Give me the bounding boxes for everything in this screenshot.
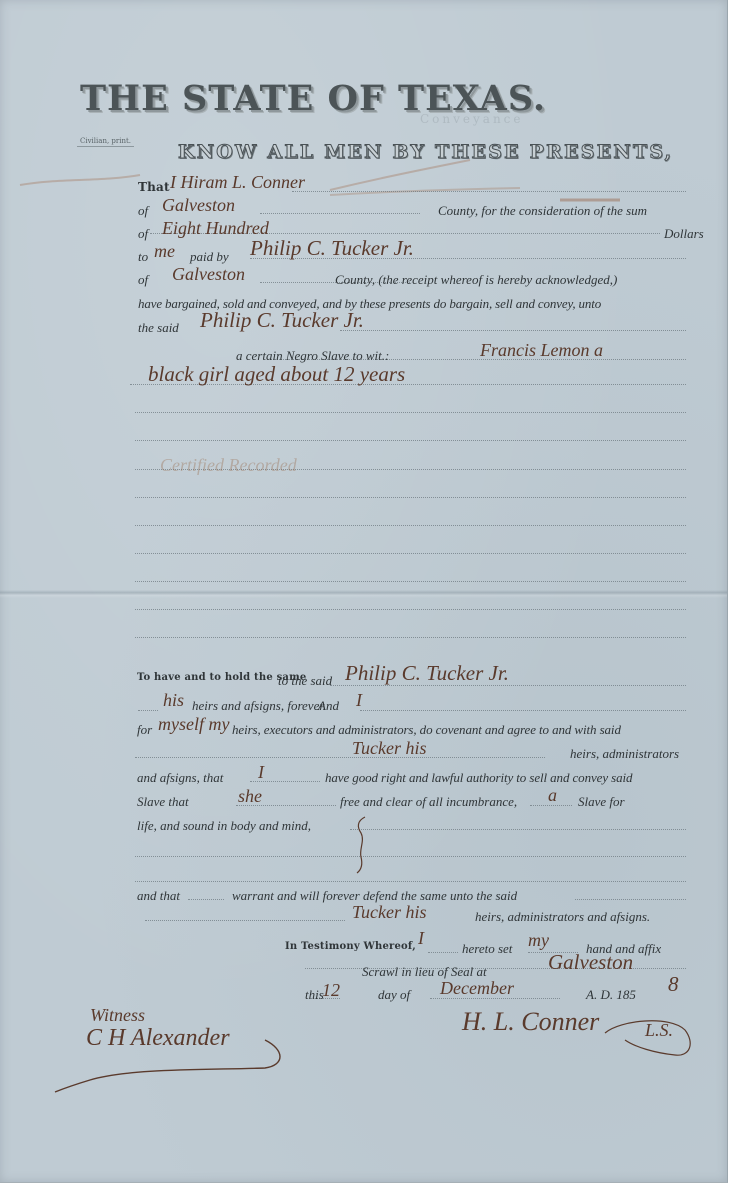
buyer-name-section2: Philip C. Tucker Jr. (345, 663, 509, 683)
of-label: of (138, 273, 148, 287)
blank-line (292, 191, 686, 192)
reverse-bleed-text: Conveyance (420, 112, 524, 126)
buyer-name: Philip C. Tucker Jr. (250, 238, 414, 258)
blank-line (428, 952, 458, 953)
blank-line (135, 412, 686, 413)
heirs-administrators-text: heirs, administrators (570, 747, 679, 761)
authority-text: have good right and lawful authority to … (325, 771, 632, 785)
and-that-label: and that (137, 889, 180, 903)
the-said-label: the said (138, 321, 179, 335)
of-label: of (138, 227, 148, 241)
paid-by-label: paid by (190, 250, 229, 264)
blank-line (360, 710, 686, 711)
heirs-admin-assigns-text: heirs, administrators and afsigns. (475, 910, 650, 924)
day-value: 12 (322, 980, 340, 1000)
blank-line (145, 920, 345, 921)
paper-fold (0, 590, 727, 598)
witness-label: Witness (90, 1005, 145, 1025)
blank-line (135, 525, 686, 526)
blank-line (135, 553, 686, 554)
faded-reverse-notation: Certified Recorded (160, 455, 297, 475)
month-value: December (440, 978, 514, 998)
blank-line (135, 881, 686, 882)
to-value: me (154, 241, 175, 261)
that-label: That (138, 180, 170, 194)
document-paper: THE STATE OF TEXAS. Conveyance Civilian,… (0, 0, 728, 1183)
slave-for-text: Slave for (578, 795, 625, 809)
blank-line (340, 330, 686, 331)
blank-line (350, 829, 686, 830)
slave-that-value: she (238, 786, 262, 806)
and-value: I (356, 690, 362, 710)
seal-flourish (600, 1015, 700, 1065)
receipt-text: County, (the receipt whereof is hereby a… (335, 273, 617, 287)
warrant-text: warrant and will forever defend the same… (232, 889, 517, 903)
sum-amount: Eight Hundred (162, 218, 269, 238)
this-label: this (305, 988, 324, 1002)
blank-line (260, 213, 420, 214)
free-value: a (548, 785, 557, 805)
brace-flourish (355, 815, 375, 875)
blank-line (135, 757, 545, 758)
testimony-i-value: I (418, 928, 424, 948)
year-digit: 8 (668, 974, 679, 994)
covenant-text: heirs, executors and administrators, do … (232, 723, 621, 737)
blank-line (330, 685, 686, 686)
of-label: of (138, 204, 148, 218)
blank-line (430, 998, 560, 999)
slave-label: a certain Negro Slave to wit.: (236, 349, 389, 363)
warrant-value: Tucker his (352, 902, 427, 922)
seller-county: Galveston (162, 195, 235, 215)
free-clear-text: free and clear of all incumbrance, (340, 795, 517, 809)
day-of-text: day of (378, 988, 410, 1002)
ad-text: A. D. 185 (586, 988, 636, 1002)
testimony-label: In Testimony Whereof, (285, 941, 416, 952)
buyer-county: Galveston (172, 264, 245, 284)
assigns-value: I (258, 762, 264, 782)
blank-line (135, 609, 686, 610)
and-label: And (318, 699, 339, 713)
blank-line (530, 805, 572, 806)
hereto-set-text: hereto set (462, 942, 512, 956)
life-sound-text: life, and sound in body and mind, (137, 819, 311, 833)
seller-name: I Hiram L. Conner (170, 172, 305, 192)
my-value: my (528, 930, 549, 950)
for-label: for (137, 723, 152, 737)
blank-line (138, 710, 158, 711)
blank-line (135, 497, 686, 498)
slave-name: Francis Lemon a (480, 340, 603, 360)
blank-line (135, 440, 686, 441)
blank-line (135, 856, 686, 857)
dollars-label: Dollars (664, 227, 704, 241)
scrawl-text: Scrawl in lieu of Seal at (362, 965, 487, 979)
slave-description: black girl aged about 12 years (148, 364, 405, 384)
assigns-that-text: and afsigns, that (137, 771, 223, 785)
faded-ink-strokes-top (0, 130, 700, 200)
county-consideration-text: County, for the consideration of the sum (438, 204, 647, 218)
to-the-said-label: to the said (278, 674, 332, 688)
to-label: to (138, 250, 148, 264)
blank-line (135, 581, 686, 582)
his-value: his (163, 690, 184, 710)
witness-flourish (50, 1030, 290, 1090)
blank-line (135, 637, 686, 638)
slave-that-label: Slave that (137, 795, 189, 809)
for-value: myself my (158, 714, 229, 734)
buyer-name-repeat: Philip C. Tucker Jr. (200, 310, 364, 330)
blank-line (575, 899, 686, 900)
seller-signature: H. L. Conner (462, 1012, 599, 1032)
covenant-value: Tucker his (352, 738, 427, 758)
heirs-assigns-text: heirs and afsigns, forever. (192, 699, 326, 713)
blank-line (188, 899, 224, 900)
seal-place: Galveston (548, 952, 633, 972)
